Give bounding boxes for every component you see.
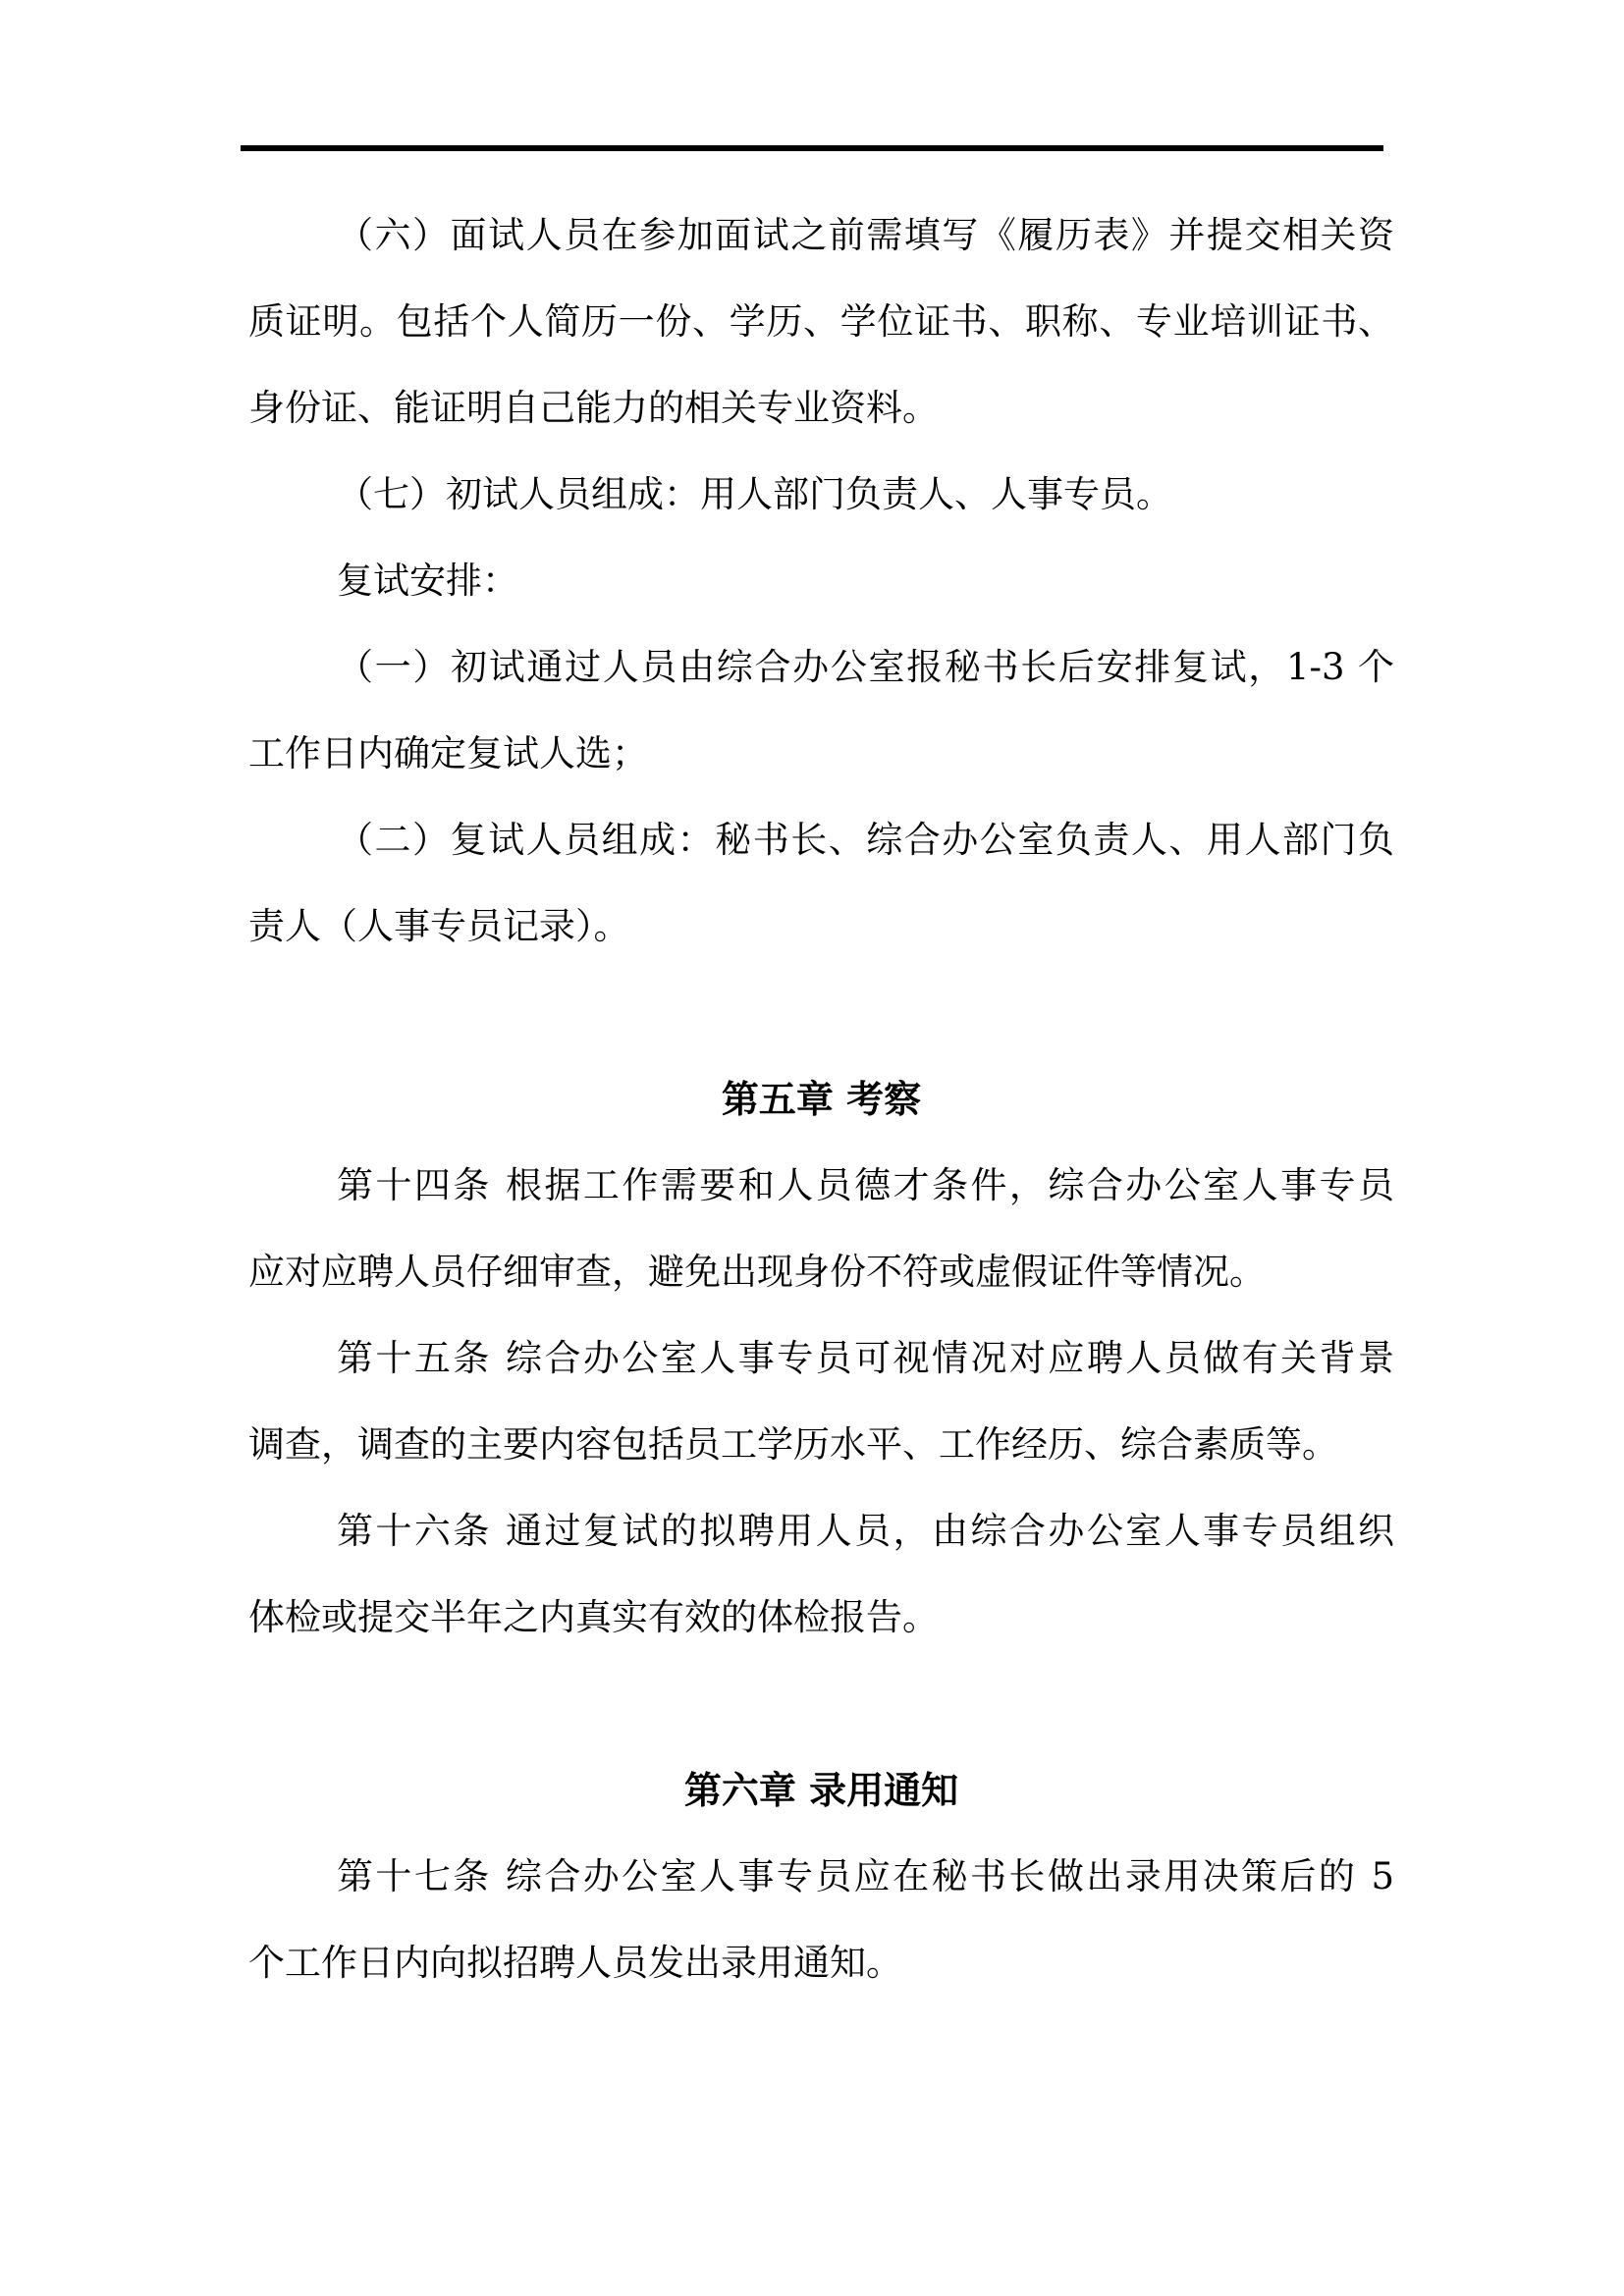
blank-line: [248, 1661, 1394, 1747]
text-line: 体检或提交半年之内真实有效的体检报告。: [248, 1575, 1394, 1661]
text-line: 第十五条 综合办公室人事专员可视情况对应聘人员做有关背景: [248, 1315, 1394, 1402]
text-line: （六）面试人员在参加面试之前需填写《履历表》并提交相关资: [248, 192, 1394, 279]
document-page: （六）面试人员在参加面试之前需填写《履历表》并提交相关资质证明。包括个人简历一份…: [0, 0, 1624, 2296]
text-line: （二）复试人员组成：秘书长、综合办公室负责人、用人部门负: [248, 797, 1394, 883]
text-line: 工作日内确定复试人选；: [248, 711, 1394, 797]
text-line: （七）初试人员组成：用人部门负责人、人事专员。: [248, 452, 1394, 538]
chapter-heading: 第六章 录用通知: [248, 1747, 1394, 1834]
document-body: （六）面试人员在参加面试之前需填写《履历表》并提交相关资质证明。包括个人简历一份…: [248, 192, 1394, 2006]
text-line: 第十四条 根据工作需要和人员德才条件，综合办公室人事专员: [248, 1143, 1394, 1229]
text-line: 身份证、能证明自己能力的相关专业资料。: [248, 365, 1394, 452]
text-line: 复试安排：: [248, 538, 1394, 624]
blank-line: [248, 970, 1394, 1056]
text-line: 第十六条 通过复试的拟聘用人员，由综合办公室人事专员组织: [248, 1488, 1394, 1575]
text-line: 责人（人事专员记录）。: [248, 883, 1394, 970]
text-line: 第十七条 综合办公室人事专员应在秘书长做出录用决策后的 5: [248, 1834, 1394, 1920]
header-rule: [241, 145, 1383, 151]
chapter-heading: 第五章 考察: [248, 1056, 1394, 1143]
text-line: 个工作日内向拟招聘人员发出录用通知。: [248, 1920, 1394, 2006]
text-line: 应对应聘人员仔细审查，避免出现身份不符或虚假证件等情况。: [248, 1229, 1394, 1315]
text-line: 调查，调查的主要内容包括员工学历水平、工作经历、综合素质等。: [248, 1402, 1394, 1488]
text-line: 质证明。包括个人简历一份、学历、学位证书、职称、专业培训证书、: [248, 279, 1394, 365]
text-line: （一）初试通过人员由综合办公室报秘书长后安排复试，1-3 个: [248, 624, 1394, 711]
